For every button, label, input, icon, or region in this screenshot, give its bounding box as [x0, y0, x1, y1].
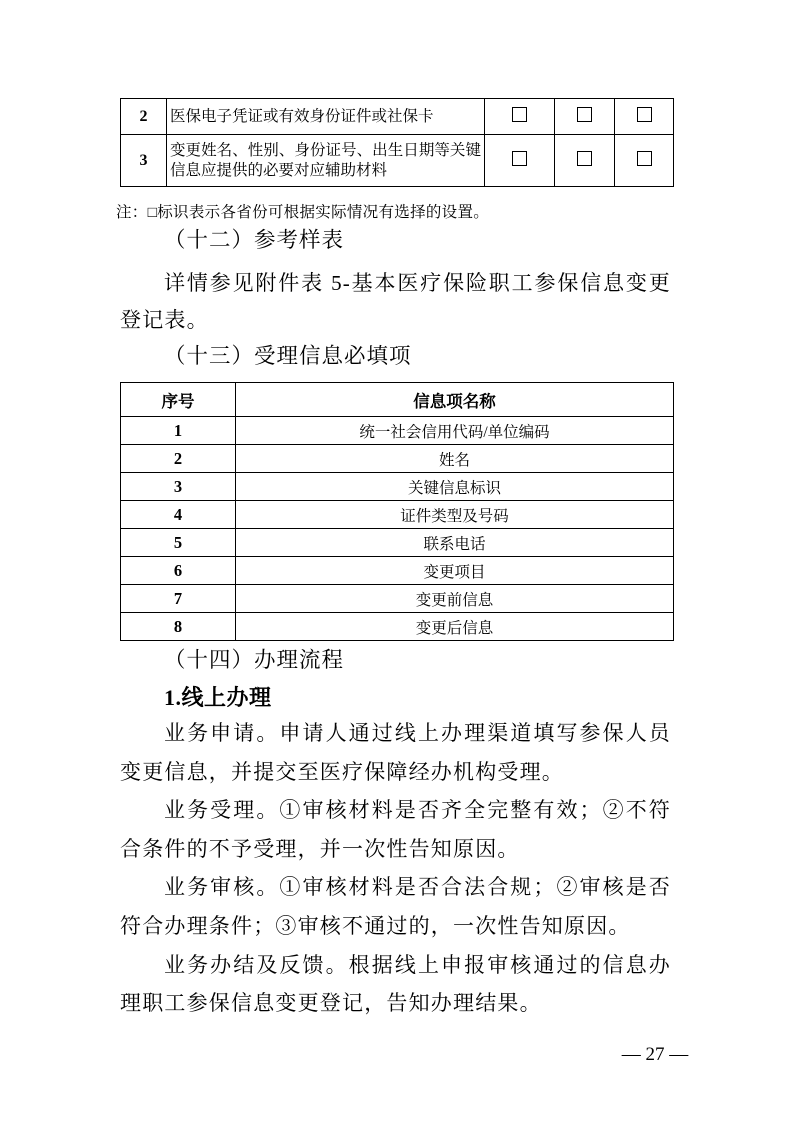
paragraph-text: 详情参见附件表 5-基本医疗保险职工参保信息变更登记表。	[120, 265, 671, 339]
checkbox-cell	[555, 99, 615, 135]
paragraph-acceptance: 业务受理。①审核材料是否齐全完整有效；②不符合条件的不予受理，并一次性告知原因。	[120, 791, 671, 868]
table-row: 8 变更后信息	[121, 613, 674, 641]
table-row: 1 统一社会信用代码/单位编码	[121, 417, 674, 445]
checkbox-cell	[615, 135, 674, 187]
required-fields-table: 序号 信息项名称 1 统一社会信用代码/单位编码 2 姓名 3 关键信息标识 4…	[120, 382, 674, 641]
column-header-no: 序号	[121, 383, 236, 417]
row-number: 1	[121, 417, 236, 445]
section-heading-12: （十二）参考样表	[164, 228, 344, 252]
table-row: 2 医保电子凭证或有效身份证件或社保卡	[121, 99, 674, 135]
table-row: 3 变更姓名、性别、身份证号、出生日期等关键信息应提供的必要对应辅助材料	[121, 135, 674, 187]
field-name: 关键信息标识	[236, 473, 674, 501]
checkbox-cell	[485, 135, 555, 187]
checkbox-icon	[637, 107, 652, 122]
checkbox-icon	[512, 151, 527, 166]
section-12-paragraph: 详情参见附件表 5-基本医疗保险职工参保信息变更登记表。	[120, 265, 671, 339]
paragraph-review: 业务审核。①审核材料是否合法合规；②审核是否符合办理条件；③审核不通过的，一次性…	[120, 868, 671, 945]
table-row: 2 姓名	[121, 445, 674, 473]
field-name: 姓名	[236, 445, 674, 473]
checkbox-icon	[637, 151, 652, 166]
checkbox-cell	[615, 99, 674, 135]
row-number: 5	[121, 529, 236, 557]
material-description: 医保电子凭证或有效身份证件或社保卡	[167, 99, 485, 135]
table-row: 4 证件类型及号码	[121, 501, 674, 529]
paragraph-application: 业务申请。申请人通过线上办理渠道填写参保人员变更信息，并提交至医疗保障经办机构受…	[120, 714, 671, 791]
field-name: 证件类型及号码	[236, 501, 674, 529]
table-header-row: 序号 信息项名称	[121, 383, 674, 417]
column-header-name: 信息项名称	[236, 383, 674, 417]
field-name: 联系电话	[236, 529, 674, 557]
materials-continuation-table: 2 医保电子凭证或有效身份证件或社保卡 3 变更姓名、性别、身份证号、出生日期等…	[120, 98, 674, 187]
checkbox-icon	[577, 107, 592, 122]
row-number: 2	[121, 445, 236, 473]
checkbox-icon	[577, 151, 592, 166]
page-number: — 27 —	[600, 1044, 710, 1066]
checkbox-icon	[512, 107, 527, 122]
table-row: 7 变更前信息	[121, 585, 674, 613]
row-number: 4	[121, 501, 236, 529]
section-heading-14: （十四）办理流程	[164, 648, 344, 672]
checkbox-cell	[555, 135, 615, 187]
section-heading-13: （十三）受理信息必填项	[164, 344, 412, 368]
document-page: 2 医保电子凭证或有效身份证件或社保卡 3 变更姓名、性别、身份证号、出生日期等…	[0, 0, 793, 1122]
row-number: 8	[121, 613, 236, 641]
row-number: 3	[121, 135, 167, 187]
row-number: 7	[121, 585, 236, 613]
field-name: 变更后信息	[236, 613, 674, 641]
table-row: 3 关键信息标识	[121, 473, 674, 501]
row-number: 2	[121, 99, 167, 135]
checkbox-cell	[485, 99, 555, 135]
table-note: 注：□标识表示各省份可根据实际情况有选择的设置。	[116, 200, 489, 222]
subsection-heading-online: 1.线上办理	[164, 685, 272, 710]
field-name: 变更项目	[236, 557, 674, 585]
field-name: 变更前信息	[236, 585, 674, 613]
material-description: 变更姓名、性别、身份证号、出生日期等关键信息应提供的必要对应辅助材料	[167, 135, 485, 187]
table-row: 5 联系电话	[121, 529, 674, 557]
row-number: 6	[121, 557, 236, 585]
paragraph-completion: 业务办结及反馈。根据线上申报审核通过的信息办理职工参保信息变更登记，告知办理结果…	[120, 946, 671, 1023]
table-row: 6 变更项目	[121, 557, 674, 585]
section-14-paragraphs: 业务申请。申请人通过线上办理渠道填写参保人员变更信息，并提交至医疗保障经办机构受…	[120, 714, 671, 1023]
row-number: 3	[121, 473, 236, 501]
field-name: 统一社会信用代码/单位编码	[236, 417, 674, 445]
